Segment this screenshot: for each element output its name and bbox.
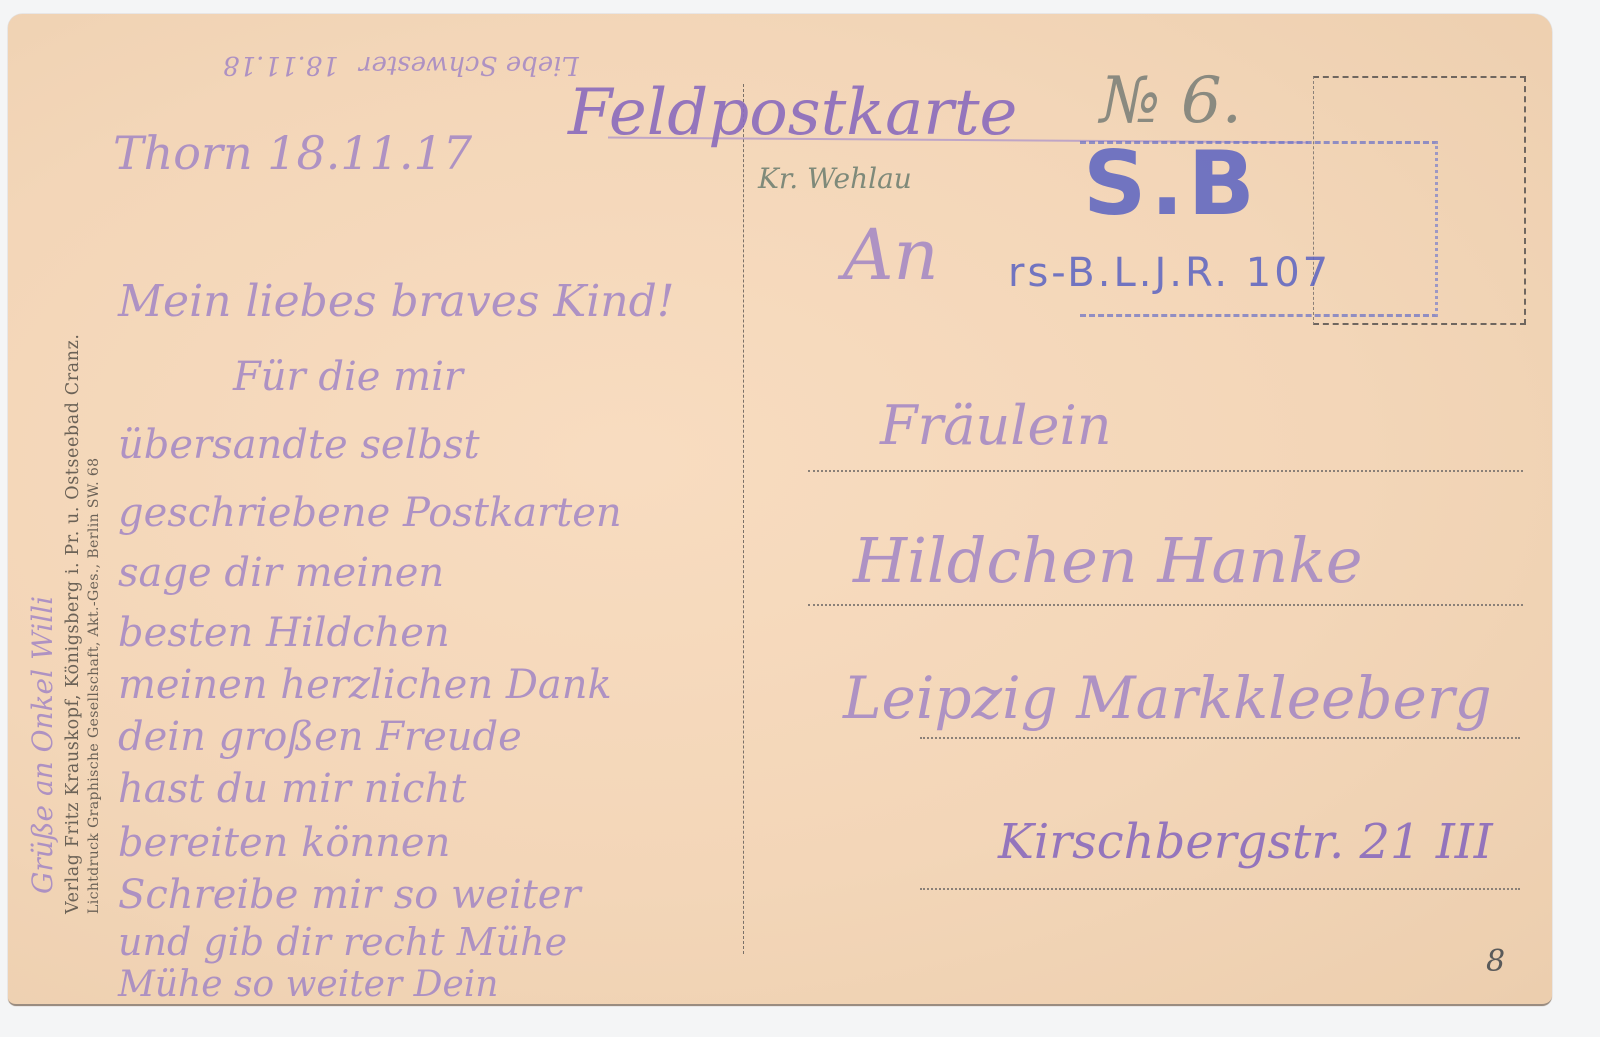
address-prefix: An: [843, 214, 939, 296]
unit-stamp-large: S.B: [1083, 132, 1259, 235]
message-line: besten Hildchen: [118, 610, 450, 656]
address-line: Fräulein: [880, 394, 1112, 457]
publisher-line-2: Lichtdruck Graphische Gesellschaft, Akt.…: [84, 333, 105, 914]
message-line: Mein liebes braves Kind!: [118, 276, 674, 327]
publisher-line-1: Verlag Fritz Krauskopf, Königsberg i. Pr…: [63, 333, 84, 914]
address-line-1: [808, 470, 1523, 472]
card-number: № 6.: [1100, 64, 1242, 138]
address-line: Kirschbergstr. 21 III: [998, 814, 1493, 870]
address-line-3: [920, 737, 1520, 739]
message-line: hast du mir nicht: [118, 766, 466, 812]
upside-down-note: Liebe Schwester 18.11.18: [223, 50, 579, 80]
address-line-2: [808, 604, 1523, 606]
feldpostkarte-heading: Feldpostkarte: [568, 76, 1017, 150]
message-line: sage dir meinen: [118, 550, 444, 596]
place-date: Thorn 18.11.17: [113, 126, 472, 180]
address-line-4: [920, 888, 1520, 890]
address-line: Leipzig Markkleeberg: [843, 664, 1492, 732]
message-line: und gib dir recht Mühe: [118, 920, 567, 964]
message-line: bereiten können: [118, 820, 450, 866]
message-line: übersandte selbst: [118, 422, 480, 468]
center-divider: [743, 84, 744, 954]
margin-note: Grüße an Onkel Willi: [26, 596, 59, 894]
publisher-imprint: Verlag Fritz Krauskopf, Königsberg i. Pr…: [63, 333, 105, 914]
message-line: Für die mir: [233, 354, 463, 400]
address-line: Hildchen Hanke: [853, 524, 1363, 597]
unit-stamp-small: rs-B.L.J.R. 107: [1008, 250, 1331, 296]
message-line: Mühe so weiter Dein: [118, 964, 499, 1005]
message-line: meinen herzlichen Dank: [118, 662, 612, 708]
page-marker: 8: [1486, 944, 1505, 979]
message-line: Schreibe mir so weiter: [118, 872, 581, 918]
postcard: Verlag Fritz Krauskopf, Königsberg i. Pr…: [8, 14, 1552, 1006]
pencil-note: Kr. Wehlau: [758, 162, 912, 195]
message-line: dein großen Freude: [118, 714, 522, 760]
message-line: geschriebene Postkarten: [118, 490, 622, 536]
